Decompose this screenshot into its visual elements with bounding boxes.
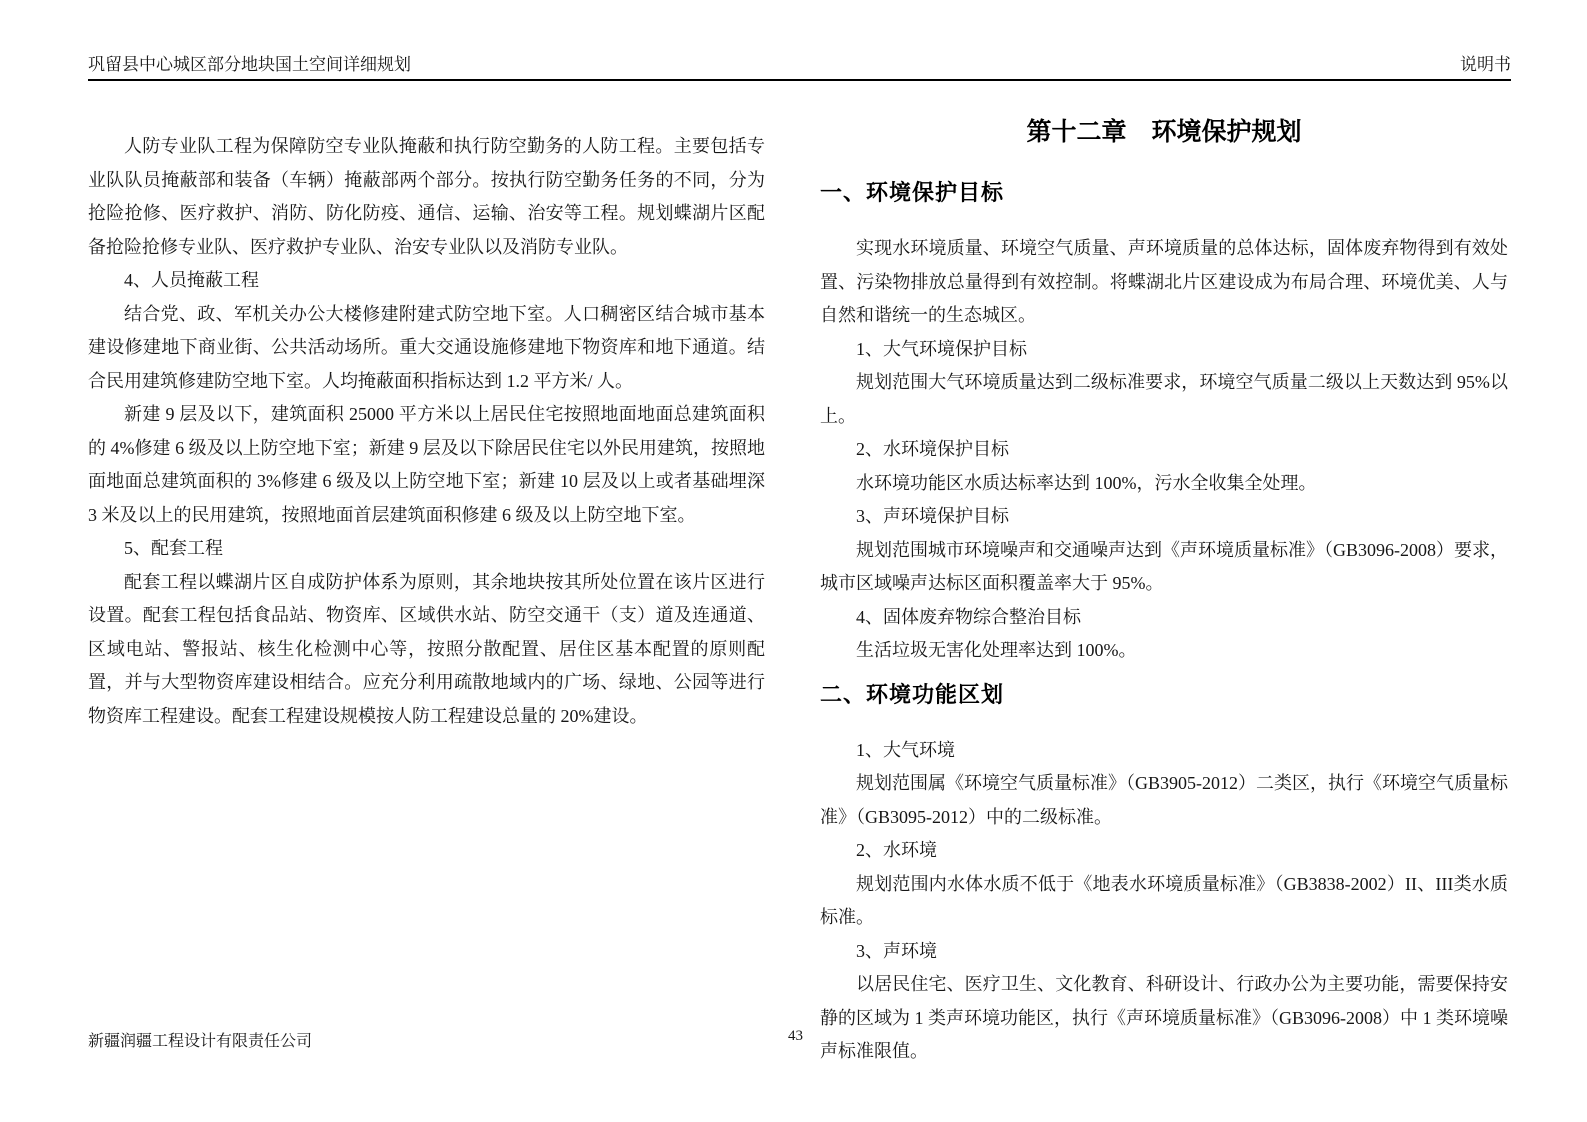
- paragraph-noise-env-goal: 规划范围城市环境噪声和交通噪声达到《声环境质量标准》（GB3096-2008）要…: [820, 534, 1508, 601]
- paragraph-goals-intro: 实现水环境质量、环境空气质量、声环境质量的总体达标，固体废弃物得到有效处置、污染…: [820, 232, 1508, 333]
- chapter-title: 第十二章 环境保护规划: [820, 114, 1508, 150]
- subheading-air-env-zone: 1、大气环境: [820, 734, 1508, 768]
- subheading-air-env-goal: 1、大气环境保护目标: [820, 333, 1508, 367]
- paragraph-civil-defense-teams: 人防专业队工程为保障防空专业队掩蔽和执行防空勤务的人防工程。主要包括专业队队员掩…: [88, 130, 765, 264]
- page-header: 巩留县中心城区部分地块国土空间详细规划 说明书: [88, 50, 1511, 81]
- subheading-supporting-works: 5、配套工程: [88, 532, 765, 566]
- header-title: 巩留县中心城区部分地块国土空间详细规划: [88, 50, 411, 75]
- subheading-solid-waste-goal: 4、固体废弃物综合整治目标: [820, 601, 1508, 635]
- left-column: 人防专业队工程为保障防空专业队掩蔽和执行防空勤务的人防工程。主要包括专业队队员掩…: [88, 108, 765, 1069]
- subheading-personnel-shelter-works: 4、人员掩蔽工程: [88, 264, 765, 298]
- footer-page-number: 43: [88, 1028, 1503, 1045]
- section-title-env-protection-goals: 一、环境保护目标: [820, 178, 1508, 208]
- paragraph-basement-construction-rules: 新建 9 层及以下，建筑面积 25000 平方米以上居民住宅按照地面地面总建筑面…: [88, 398, 765, 532]
- paragraph-water-env-goal: 水环境功能区水质达标率达到 100%，污水全收集全处理。: [820, 467, 1508, 501]
- paragraph-water-env-zone: 规划范围内水体水质不低于《地表水环境质量标准》（GB3838-2002）II、I…: [820, 868, 1508, 935]
- paragraph-air-env-zone: 规划范围属《环境空气质量标准》（GB3905-2012）二类区，执行《环境空气质…: [820, 767, 1508, 834]
- subheading-noise-env-zone: 3、声环境: [820, 935, 1508, 969]
- paragraph-air-env-goal: 规划范围大气环境质量达到二级标准要求，环境空气质量二级以上天数达到 95%以上。: [820, 366, 1508, 433]
- header-doc-type: 说明书: [1460, 50, 1511, 75]
- paragraph-noise-env-zone: 以居民住宅、医疗卫生、文化教育、科研设计、行政办公为主要功能，需要保持安静的区域…: [820, 968, 1508, 1069]
- document-page: 巩留县中心城区部分地块国土空间详细规划 说明书 人防专业队工程为保障防空专业队掩…: [0, 0, 1587, 1122]
- page-footer: 新疆润疆工程设计有限责任公司 43: [88, 1028, 1503, 1052]
- subheading-noise-env-goal: 3、声环境保护目标: [820, 500, 1508, 534]
- content-columns: 人防专业队工程为保障防空专业队掩蔽和执行防空勤务的人防工程。主要包括专业队队员掩…: [88, 108, 1508, 1069]
- subheading-water-env-goal: 2、水环境保护目标: [820, 433, 1508, 467]
- paragraph-personnel-shelter: 结合党、政、军机关办公大楼修建附建式防空地下室。人口稠密区结合城市基本建设修建地…: [88, 298, 765, 399]
- subheading-water-env-zone: 2、水环境: [820, 834, 1508, 868]
- section-title-env-function-zoning: 二、环境功能区划: [820, 680, 1508, 710]
- right-column: 第十二章 环境保护规划 一、环境保护目标 实现水环境质量、环境空气质量、声环境质…: [820, 108, 1508, 1069]
- paragraph-supporting-works: 配套工程以蝶湖片区自成防护体系为原则，其余地块按其所处位置在该片区进行设置。配套…: [88, 566, 765, 734]
- paragraph-solid-waste-goal: 生活垃圾无害化处理率达到 100%。: [820, 634, 1508, 668]
